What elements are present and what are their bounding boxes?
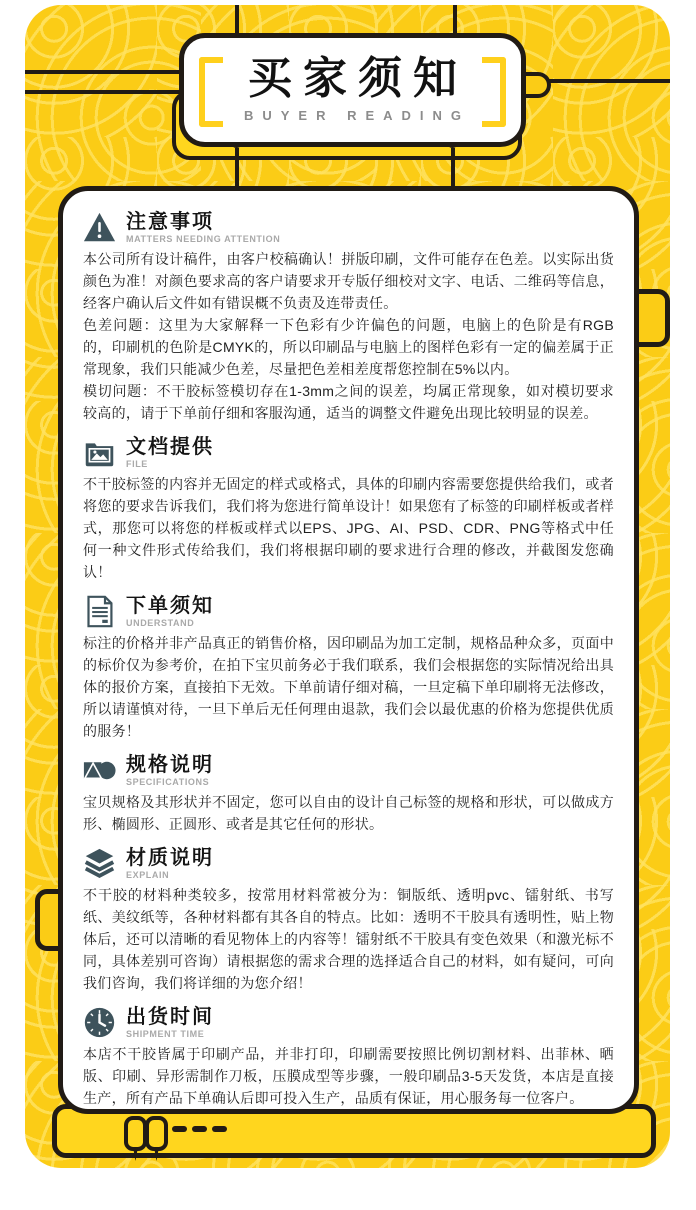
section-header: 出货时间 SHIPMENT TIME <box>83 1006 614 1039</box>
section-title: 注意事项 <box>126 211 280 233</box>
section-subtitle: MATTERS NEEDING ATTENTION <box>126 234 280 244</box>
paragraph: 标注的价格并非产品真正的销售价格，因印刷品为加工定制，规格品种众多，页面中的标价… <box>83 632 614 742</box>
decor-line-left-2 <box>25 90 182 94</box>
section-subtitle: SPECIFICATIONS <box>126 777 214 787</box>
section-subtitle: SHIPMENT TIME <box>126 1029 214 1039</box>
layers-icon <box>83 847 116 880</box>
push-pin-icon <box>145 1116 168 1151</box>
push-pin-icon <box>124 1116 147 1151</box>
paragraph: 宝贝规格及其形状并不固定，您可以自由的设计自己标签的规格和形状，可以做成方形、椭… <box>83 791 614 835</box>
section-understand: 下单须知 UNDERSTAND 标注的价格并非产品真正的销售价格，因印刷品为加工… <box>83 595 614 742</box>
dash-decor <box>212 1126 227 1132</box>
shapes-icon <box>83 754 116 787</box>
section-body: 宝贝规格及其形状并不固定，您可以自由的设计自己标签的规格和形状，可以做成方形、椭… <box>83 791 614 835</box>
paragraph: 模切问题：不干胶标签模切存在1-3mm之间的误差，均属正常现象，如对模切要求较高… <box>83 380 614 424</box>
section-header: 文档提供 FILE <box>83 436 614 469</box>
decor-drop-line-left <box>235 148 239 188</box>
paragraph: 不干胶的材料种类较多，按常用材料常被分为：铜版纸、透明pvc、镭射纸、书写纸、美… <box>83 884 614 994</box>
buyer-notice-page: 买家须知 BUYER READING 注意事项 MATTERS NEEDING … <box>0 0 696 1210</box>
decor-drop-line-right <box>451 148 455 188</box>
section-header: 下单须知 UNDERSTAND <box>83 595 614 628</box>
clock-icon <box>83 1006 116 1039</box>
dash-decor <box>172 1126 187 1132</box>
section-title: 下单须知 <box>126 595 214 617</box>
section-title: 出货时间 <box>126 1006 214 1028</box>
section-body: 不干胶标签的内容并无固定的样式或格式，具体的印刷内容需要您提供给我们，或者将您的… <box>83 473 614 583</box>
section-matters-needing-attention: 注意事项 MATTERS NEEDING ATTENTION 本公司所有设计稿件… <box>83 211 614 424</box>
section-title: 文档提供 <box>126 436 214 458</box>
content-card: 注意事项 MATTERS NEEDING ATTENTION 本公司所有设计稿件… <box>58 186 639 1114</box>
page-subtitle: BUYER READING <box>235 108 470 123</box>
section-explain: 材质说明 EXPLAIN 不干胶的材料种类较多，按常用材料常被分为：铜版纸、透明… <box>83 847 614 994</box>
page-title: 买家须知 <box>237 57 468 101</box>
paragraph: 本店不干胶皆属于印刷产品，并非打印，印刷需要按照比例切割材料、出菲林、晒版、印刷… <box>83 1043 614 1109</box>
section-body: 本公司所有设计稿件，由客户校稿确认！拼版印刷，文件可能存在色差。以实际出货颜色为… <box>83 248 614 424</box>
paragraph: 色差问题：这里为大家解释一下色彩有少许偏色的问题，电脑上的色阶是有RGB的，印刷… <box>83 314 614 380</box>
section-title: 规格说明 <box>126 754 214 776</box>
section-body: 标注的价格并非产品真正的销售价格，因印刷品为加工定制，规格品种众多，页面中的标价… <box>83 632 614 742</box>
section-file: 文档提供 FILE 不干胶标签的内容并无固定的样式或格式，具体的印刷内容需要您提… <box>83 436 614 583</box>
section-header: 规格说明 SPECIFICATIONS <box>83 754 614 787</box>
bracket-left-icon <box>199 57 223 127</box>
section-header: 材质说明 EXPLAIN <box>83 847 614 880</box>
section-subtitle: EXPLAIN <box>126 870 214 880</box>
section-shipment-time: 出货时间 SHIPMENT TIME 本店不干胶皆属于印刷产品，并非打印，印刷需… <box>83 1006 614 1109</box>
section-subtitle: UNDERSTAND <box>126 618 214 628</box>
paragraph: 不干胶标签的内容并无固定的样式或格式，具体的印刷内容需要您提供给我们，或者将您的… <box>83 473 614 583</box>
header-panel: 买家须知 BUYER READING <box>179 33 526 147</box>
decor-line-left-1 <box>25 70 182 74</box>
decor-line-right <box>543 79 670 83</box>
section-body: 不干胶的材料种类较多，按常用材料常被分为：铜版纸、透明pvc、镭射纸、书写纸、美… <box>83 884 614 994</box>
section-specifications: 规格说明 SPECIFICATIONS 宝贝规格及其形状并不固定，您可以自由的设… <box>83 754 614 835</box>
section-header: 注意事项 MATTERS NEEDING ATTENTION <box>83 211 614 244</box>
paragraph: 本公司所有设计稿件，由客户校稿确认！拼版印刷，文件可能存在色差。以实际出货颜色为… <box>83 248 614 314</box>
bracket-right-icon <box>482 57 506 127</box>
decor-line-top-right <box>453 5 457 36</box>
warning-icon <box>83 211 116 244</box>
dash-decor <box>192 1126 207 1132</box>
decor-line-top-left <box>235 5 239 36</box>
document-icon <box>83 595 116 628</box>
section-title: 材质说明 <box>126 847 214 869</box>
section-subtitle: FILE <box>126 459 214 469</box>
image-icon <box>83 436 116 469</box>
section-body: 本店不干胶皆属于印刷产品，并非打印，印刷需要按照比例切割材料、出菲林、晒版、印刷… <box>83 1043 614 1109</box>
